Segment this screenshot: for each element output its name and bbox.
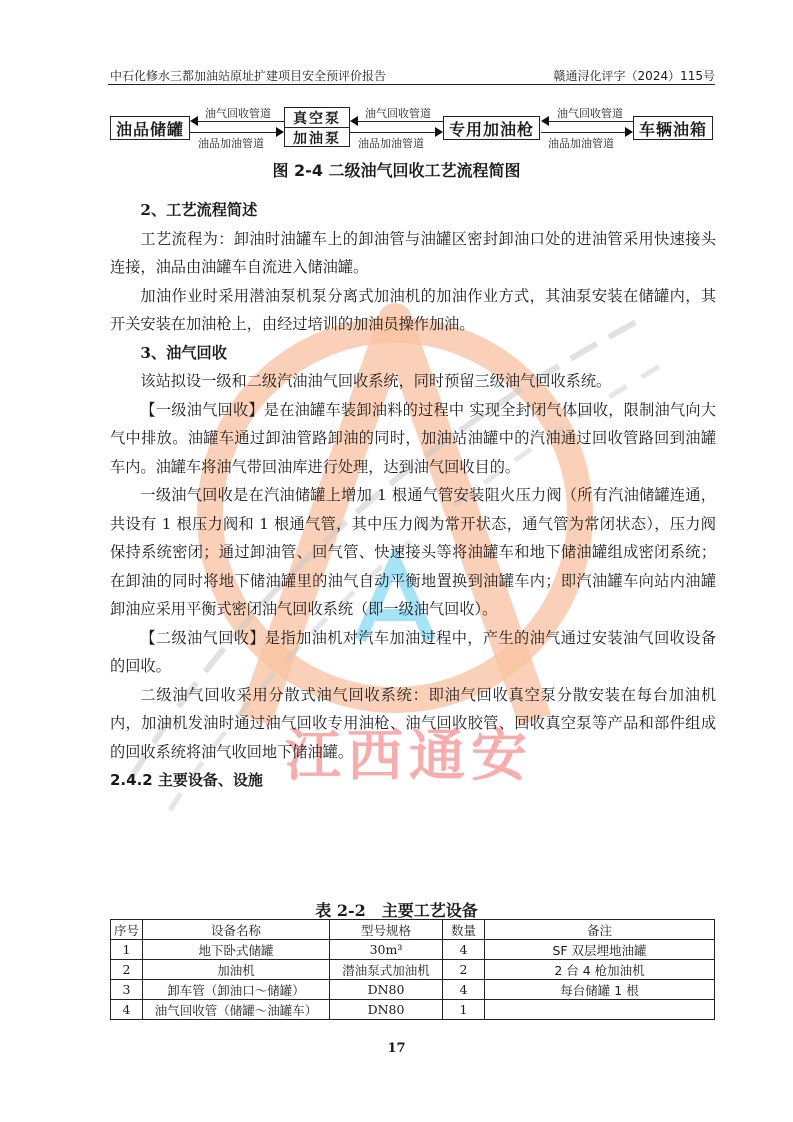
node-fuel-pump: 加油泵 bbox=[285, 127, 349, 147]
section-heading: 2、工艺流程简述 bbox=[110, 196, 716, 225]
paragraph: 加油作业时采用潜油泵机泵分离式加油机的加油作业方式，其油泵安装在储罐内，其开关安… bbox=[110, 282, 716, 339]
header-note: 备注 bbox=[485, 920, 715, 940]
cell-qty: 4 bbox=[443, 940, 485, 960]
node-vehicle-tank: 车辆油箱 bbox=[633, 116, 713, 140]
header-index: 序号 bbox=[111, 920, 143, 940]
arrow-right-icon bbox=[276, 127, 284, 137]
table-caption: 表 2-2 主要工艺设备 bbox=[0, 898, 793, 921]
node-vacuum-pump: 真空泵 bbox=[285, 108, 349, 127]
cell-index: 3 bbox=[111, 980, 143, 1000]
body-text: 2、工艺流程简述 工艺流程为：卸油时油罐车上的卸油管与油罐区密封卸油口处的进油管… bbox=[110, 196, 716, 795]
header-name: 设备名称 bbox=[143, 920, 330, 940]
table-row: 3 卸车管（卸油口～储罐） DN80 4 每台储罐 1 根 bbox=[111, 980, 715, 1000]
link3-fuel-label: 油品加油管道 bbox=[548, 135, 614, 151]
node-nozzle: 专用加油枪 bbox=[443, 116, 540, 140]
paragraph: 该站拟设一级和二级汽油油气回收系统，同时预留三级油气回收系统。 bbox=[110, 367, 716, 396]
subsection-heading: 2.4.2 主要设备、设施 bbox=[110, 766, 716, 795]
header-spec: 型号规格 bbox=[330, 920, 443, 940]
equipment-table: 序号 设备名称 型号规格 数量 备注 1 地下卧式储罐 30m³ 4 SF 双层… bbox=[110, 919, 715, 1020]
link2-fuel-line bbox=[350, 132, 435, 133]
page-number: 17 bbox=[0, 1041, 793, 1056]
cell-spec: 潜油泵式加油机 bbox=[330, 960, 443, 980]
link2-vapor-line bbox=[357, 121, 443, 122]
cell-name: 地下卧式储罐 bbox=[143, 940, 330, 960]
paragraph: 一级油气回收是在汽油储罐上增加 1 根通气管安装阻火压力阀（所有汽油储罐连通，共… bbox=[110, 481, 716, 624]
paragraph: 【二级油气回收】是指加油机对汽车加油过程中，产生的油气通过安装油气回收设备的回收… bbox=[110, 624, 716, 681]
link2-vapor-label: 油气回收管道 bbox=[365, 105, 431, 121]
report-title: 中石化修水三都加油站原址扩建项目安全预评价报告 bbox=[110, 67, 386, 84]
arrow-right-icon bbox=[625, 127, 633, 137]
paragraph: 工艺流程为：卸油时油罐车上的卸油管与油罐区密封卸油口处的进油管采用快速接头连接，… bbox=[110, 225, 716, 282]
arrow-left-icon bbox=[350, 116, 358, 126]
cell-spec: DN80 bbox=[330, 1000, 443, 1020]
cell-spec: 30m³ bbox=[330, 940, 443, 960]
cell-index: 2 bbox=[111, 960, 143, 980]
node-oil-tank: 油品储罐 bbox=[110, 116, 190, 140]
arrow-right-icon bbox=[435, 127, 443, 137]
link1-fuel-label: 油品加油管道 bbox=[198, 135, 264, 151]
report-number: 赣通浔化评字（2024）115号 bbox=[554, 67, 715, 84]
link3-vapor-label: 油气回收管道 bbox=[557, 105, 623, 121]
table-header-row: 序号 设备名称 型号规格 数量 备注 bbox=[111, 920, 715, 940]
table-row: 1 地下卧式储罐 30m³ 4 SF 双层埋地油罐 bbox=[111, 940, 715, 960]
cell-qty: 1 bbox=[443, 1000, 485, 1020]
header-qty: 数量 bbox=[443, 920, 485, 940]
page-header: 中石化修水三都加油站原址扩建项目安全预评价报告 赣通浔化评字（2024）115号 bbox=[108, 66, 715, 85]
section-heading: 3、油气回收 bbox=[110, 339, 716, 368]
cell-note: SF 双层埋地油罐 bbox=[485, 940, 715, 960]
cell-qty: 2 bbox=[443, 960, 485, 980]
link1-vapor-line bbox=[196, 121, 284, 122]
paragraph: 【一级油气回收】是在油罐车装卸油料的过程中 实现全封闭气体回收，限制油气向大气中… bbox=[110, 396, 716, 482]
cell-name: 卸车管（卸油口～储罐） bbox=[143, 980, 330, 1000]
link3-fuel-line bbox=[541, 132, 625, 133]
cell-note: 2 台 4 枪加油机 bbox=[485, 960, 715, 980]
figure-caption: 图 2-4 二级油气回收工艺流程简图 bbox=[0, 158, 793, 181]
node-pump: 真空泵 加油泵 bbox=[284, 107, 350, 147]
arrow-left-icon bbox=[541, 116, 549, 126]
table-row: 4 油气回收管（储罐～油罐车） DN80 1 bbox=[111, 1000, 715, 1020]
cell-index: 4 bbox=[111, 1000, 143, 1020]
table-row: 2 加油机 潜油泵式加油机 2 2 台 4 枪加油机 bbox=[111, 960, 715, 980]
cell-spec: DN80 bbox=[330, 980, 443, 1000]
cell-name: 油气回收管（储罐～油罐车） bbox=[143, 1000, 330, 1020]
cell-note bbox=[485, 1000, 715, 1020]
cell-name: 加油机 bbox=[143, 960, 330, 980]
cell-qty: 4 bbox=[443, 980, 485, 1000]
link1-fuel-line bbox=[190, 132, 276, 133]
arrow-left-icon bbox=[190, 116, 198, 126]
paragraph: 二级油气回收采用分散式油气回收系统：即油气回收真空泵分散安装在每台加油机内，加油… bbox=[110, 681, 716, 767]
document-page: 江西通安 中石化修水三都加油站原址扩建项目安全预评价报告 赣通浔化评字（2024… bbox=[0, 0, 793, 1122]
link3-vapor-line bbox=[548, 121, 633, 122]
link2-fuel-label: 油品加油管道 bbox=[358, 135, 424, 151]
link1-vapor-label: 油气回收管道 bbox=[205, 105, 271, 121]
cell-index: 1 bbox=[111, 940, 143, 960]
cell-note: 每台储罐 1 根 bbox=[485, 980, 715, 1000]
